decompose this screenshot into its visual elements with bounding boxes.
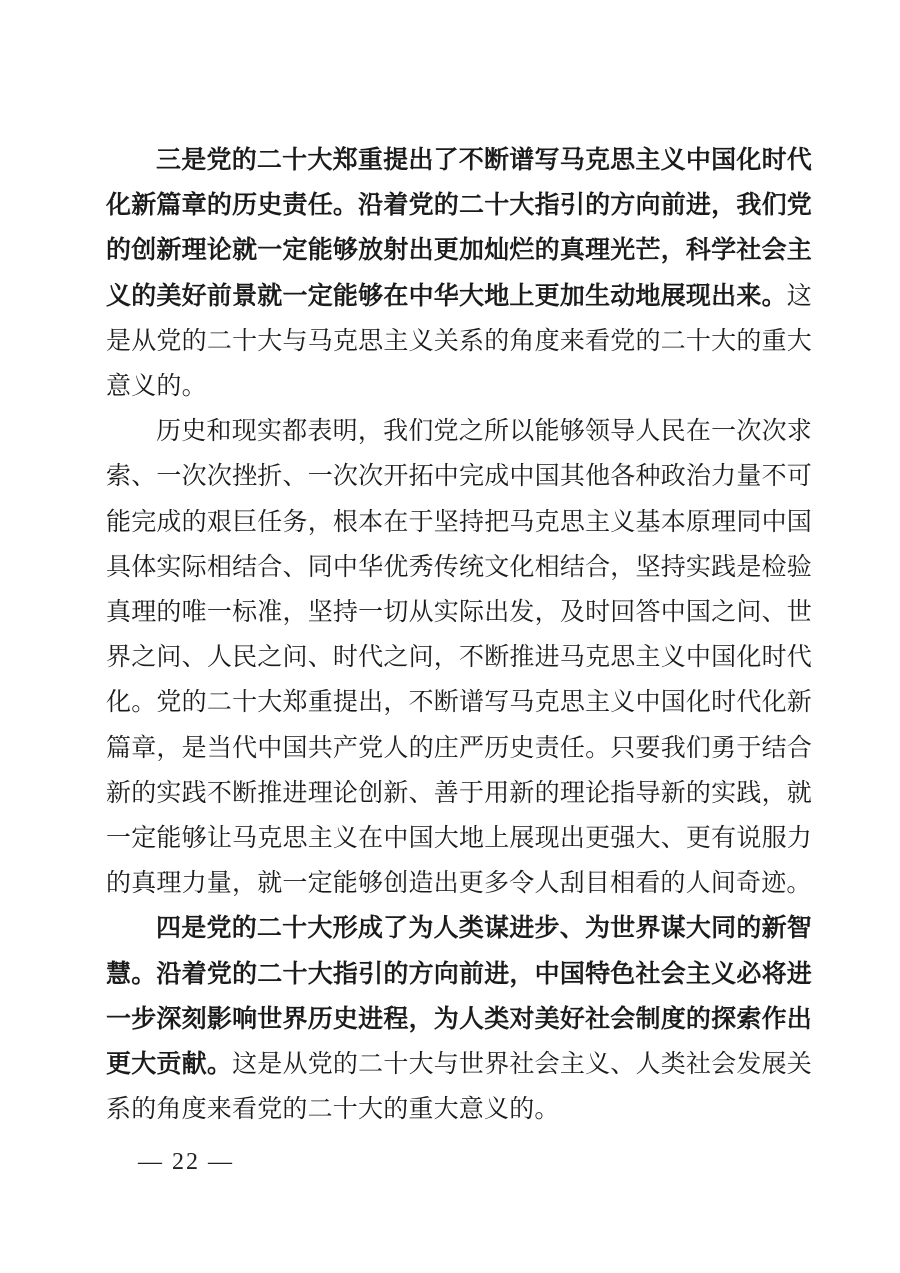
bold-text-segment: 三是党的二十大郑重提出了不断谱写马克思主义中国化时代化新篇章的历史责任。沿着党的… (106, 147, 812, 310)
document-page: 三是党的二十大郑重提出了不断谱写马克思主义中国化时代化新篇章的历史责任。沿着党的… (0, 0, 900, 1273)
paragraph-history-proof: 历史和现实都表明，我们党之所以能够领导人民在一次次求索、一次次挫折、一次次开拓中… (106, 409, 812, 906)
text-segment: 历史和现实都表明，我们党之所以能够领导人民在一次次求索、一次次挫折、一次次开拓中… (106, 418, 812, 897)
page-number: — 22 — (138, 1148, 234, 1176)
document-body: 三是党的二十大郑重提出了不断谱写马克思主义中国化时代化新篇章的历史责任。沿着党的… (106, 138, 812, 1132)
paragraph-fourth-significance: 四是党的二十大形成了为人类谋进步、为世界谋大同的新智慧。沿着党的二十大指引的方向… (106, 906, 812, 1132)
paragraph-third-significance: 三是党的二十大郑重提出了不断谱写马克思主义中国化时代化新篇章的历史责任。沿着党的… (106, 138, 812, 409)
